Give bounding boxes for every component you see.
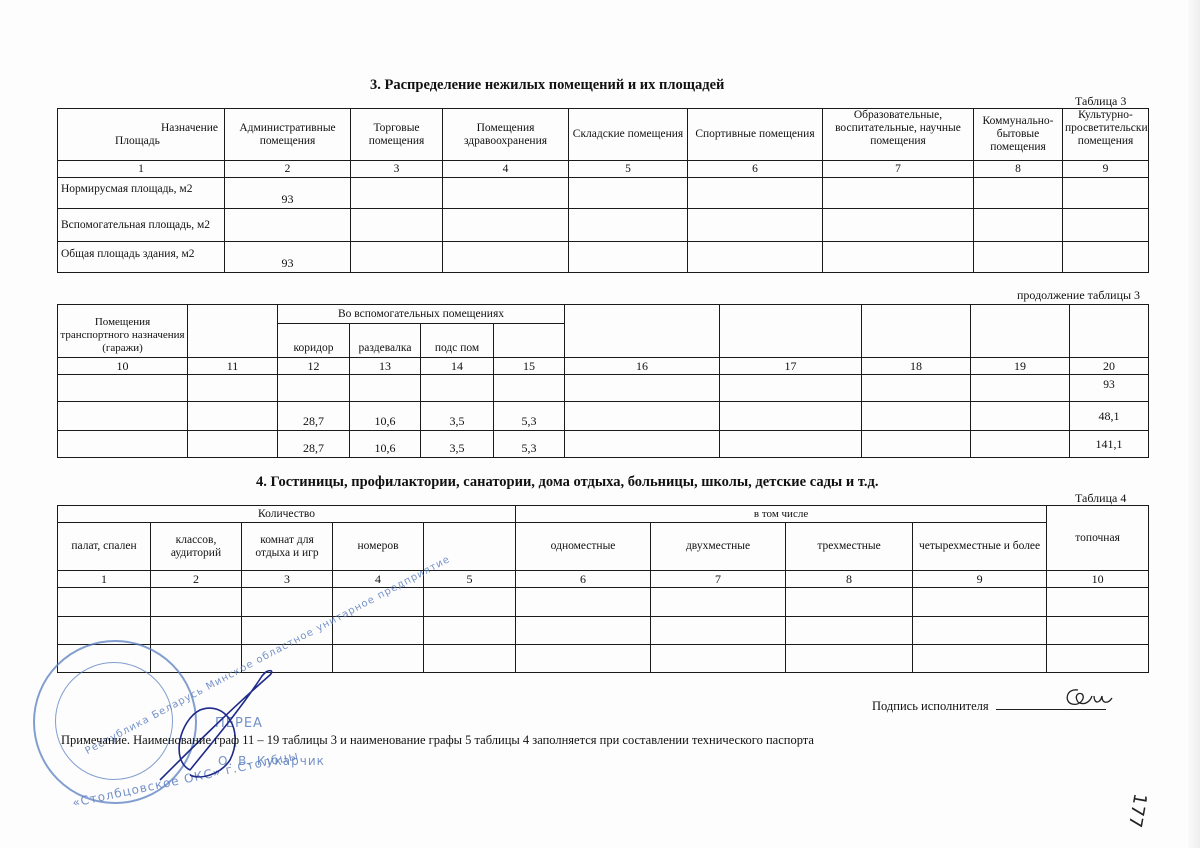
cell-value [351,178,443,209]
table4-group-row: Количество в том числе топочная [58,506,1149,523]
cell-value [786,645,913,673]
cell-value: 28,7 [278,402,350,431]
cell-value [1063,242,1149,273]
col17-header [720,305,862,358]
cell-value [333,645,424,673]
cont-row-1: 93 [58,375,1149,402]
cont-row-2: 28,7 10,6 3,5 5,3 48,1 [58,402,1149,431]
section3-title: 3. Распределение нежилых помещений и их … [370,77,724,94]
aux-group-header: Во вспомогательных помещениях [278,305,565,324]
cell-value [188,402,278,431]
col-number: 9 [913,571,1047,588]
cell-value [565,431,720,458]
page-edge-shadow [1188,0,1200,848]
row-label: Общая площадь здания, м2 [58,242,225,273]
table3-header-cell: Спортивные помещения [688,109,823,161]
col20-header [1070,305,1149,358]
cell-value [971,402,1070,431]
cell-value: 10,6 [350,402,421,431]
footnote: Примечание. Наименование граф 11 – 19 та… [61,733,814,748]
table3-corner-cell: Назначение Площадь [58,109,225,161]
table3-row-normed: Нормирусмая площадь, м2 93 [58,178,1149,209]
cell-value [225,209,351,242]
col-double: двухместные [651,523,786,571]
table3-header-cell: Коммунально-бытовые помещения [974,109,1063,161]
cell-value [421,375,494,402]
table3-header-cell: Административные помещения [225,109,351,161]
cell-value [516,617,651,645]
cell-value [443,209,569,242]
col-number: 2 [151,571,242,588]
cell-value [565,375,720,402]
table4-label: Таблица 4 [1075,491,1126,506]
table4-header-row: палат, спален классов, аудиторий комнат … [58,523,1149,571]
col19-header [971,305,1070,358]
cell-value [971,375,1070,402]
cell-value [971,431,1070,458]
cell-value [351,242,443,273]
col-number: 20 [1070,358,1149,375]
cell-value [58,375,188,402]
cell-value [913,645,1047,673]
cell-value [424,588,516,617]
cell-value [786,588,913,617]
col-number: 3 [351,161,443,178]
cont-row-3: 28,7 10,6 3,5 5,3 141,1 [58,431,1149,458]
table3-header-row: Назначение Площадь Административные поме… [58,109,1149,161]
col-number: 16 [565,358,720,375]
cell-value [569,209,688,242]
cell-value [58,588,151,617]
cell-value [1047,588,1149,617]
cell-value [569,178,688,209]
cell-value [823,242,974,273]
col-number: 8 [974,161,1063,178]
cell-value [351,209,443,242]
cell-value [913,588,1047,617]
col-number: 6 [688,161,823,178]
cont-header-row-1: Помещения транспортного назначения (гара… [58,305,1149,324]
col-number: 15 [494,358,565,375]
cell-value [424,617,516,645]
cell-value: 3,5 [421,431,494,458]
table3-header-cell: Образовательные, воспитательные, научные… [823,109,974,161]
corner-bottom-label: Площадь [60,135,222,148]
col-number: 8 [786,571,913,588]
table3-header-cell: Культурно-просветительские помещения [1063,109,1149,161]
cell-value [720,402,862,431]
cell-value [862,402,971,431]
cell-value: 93 [225,242,351,273]
aux-col-corridor: коридор [278,324,350,358]
cell-value: 5,3 [494,431,565,458]
cell-value [516,588,651,617]
cell-value [569,242,688,273]
cell-value [913,617,1047,645]
cell-value [786,617,913,645]
col-rest-rooms: комнат для отдыха и игр [242,523,333,571]
cell-value [58,431,188,458]
cell-value [823,209,974,242]
group-quantity: Количество [58,506,516,523]
cell-value [242,588,333,617]
col-boiler-room: топочная [1047,506,1149,571]
cell-value [278,375,350,402]
cell-value [151,588,242,617]
table3-header-cell: Торговые помещения [351,109,443,161]
table4-row [58,617,1149,645]
cell-value [1047,645,1149,673]
cell-value: 28,7 [278,431,350,458]
table3-header-cell: Складские помещения [569,109,688,161]
page-number: 177 [1124,792,1151,829]
cell-value [1063,178,1149,209]
cell-value [565,402,720,431]
signature-label: Подпись исполнителя [872,699,989,713]
col-number: 7 [823,161,974,178]
col-number: 17 [720,358,862,375]
cell-value [333,617,424,645]
col-number: 13 [350,358,421,375]
table3-number-row: 1 2 3 4 5 6 7 8 9 [58,161,1149,178]
row-label: Вспомогательная площадь, м2 [58,209,225,242]
table3-row-auxiliary: Вспомогательная площадь, м2 [58,209,1149,242]
col-number: 14 [421,358,494,375]
cell-value [974,242,1063,273]
col-number: 7 [651,571,786,588]
table3-label: Таблица 3 [1075,94,1126,109]
table3-continuation: Помещения транспортного назначения (гара… [57,304,1149,458]
cell-value [688,178,823,209]
table4-number-row: 1 2 3 4 5 6 7 8 9 10 [58,571,1149,588]
group-including: в том числе [516,506,1047,523]
col-number: 1 [58,571,151,588]
col-wards: палат, спален [58,523,151,571]
col-number: 9 [1063,161,1149,178]
cell-value [188,375,278,402]
table3: Назначение Площадь Административные поме… [57,108,1149,273]
cell-value [720,431,862,458]
cell-value [688,242,823,273]
cell-value [862,375,971,402]
table3-row-total: Общая площадь здания, м2 93 [58,242,1149,273]
cell-value [862,431,971,458]
table4-row [58,588,1149,617]
cell-value [651,588,786,617]
corner-top-label: Назначение [60,122,222,135]
col-number: 6 [516,571,651,588]
cell-value: 93 [225,178,351,209]
col-triple: трехместные [786,523,913,571]
col-number: 1 [58,161,225,178]
cell-value: 93 [1070,375,1149,402]
cell-value: 3,5 [421,402,494,431]
cell-value: 141,1 [1070,431,1149,458]
col-rooms: номеров [333,523,424,571]
cell-value [688,209,823,242]
cell-value [350,375,421,402]
aux-col-utility: подс пом [421,324,494,358]
cell-value [823,178,974,209]
cell-value [188,431,278,458]
cell-value [443,242,569,273]
cell-value [1063,209,1149,242]
col-number: 18 [862,358,971,375]
col18-header [862,305,971,358]
cell-value [516,645,651,673]
col-number: 5 [569,161,688,178]
cell-value [494,375,565,402]
col-number: 5 [424,571,516,588]
cell-value [424,645,516,673]
cell-value [720,375,862,402]
col-classes: классов, аудиторий [151,523,242,571]
executor-signature-icon [1060,684,1120,710]
cell-value: 10,6 [350,431,421,458]
col-quad-more: четырехместные и более [913,523,1047,571]
col-number: 19 [971,358,1070,375]
table3-continuation-label: продолжение таблицы 3 [1017,288,1140,303]
cell-value [651,645,786,673]
cell-value [151,617,242,645]
cell-value: 5,3 [494,402,565,431]
cell-value [1047,617,1149,645]
col-number: 4 [443,161,569,178]
row-label: Нормирусмая площадь, м2 [58,178,225,209]
cont-number-row: 10 11 12 13 14 15 16 17 18 19 20 [58,358,1149,375]
col-number: 2 [225,161,351,178]
director-signature-icon [150,650,290,790]
cell-value [974,178,1063,209]
cell-value: 48,1 [1070,402,1149,431]
cell-value [58,402,188,431]
col-number: 10 [1047,571,1149,588]
cell-value [651,617,786,645]
col-single: одноместные [516,523,651,571]
table4: Количество в том числе топочная палат, с… [57,505,1149,673]
table3-header-cell: Помещения здравоохранения [443,109,569,161]
col11-header [188,305,278,358]
cell-value [974,209,1063,242]
col16-header [565,305,720,358]
section4-title: 4. Гостиницы, профилактории, санатории, … [256,474,878,491]
col-number: 11 [188,358,278,375]
col-number: 12 [278,358,350,375]
col10-header: Помещения транспортного назначения (гара… [58,305,188,358]
cell-value [443,178,569,209]
col-number: 3 [242,571,333,588]
col-number: 10 [58,358,188,375]
aux-col-blank [494,324,565,358]
aux-col-cloakroom: раздевалка [350,324,421,358]
